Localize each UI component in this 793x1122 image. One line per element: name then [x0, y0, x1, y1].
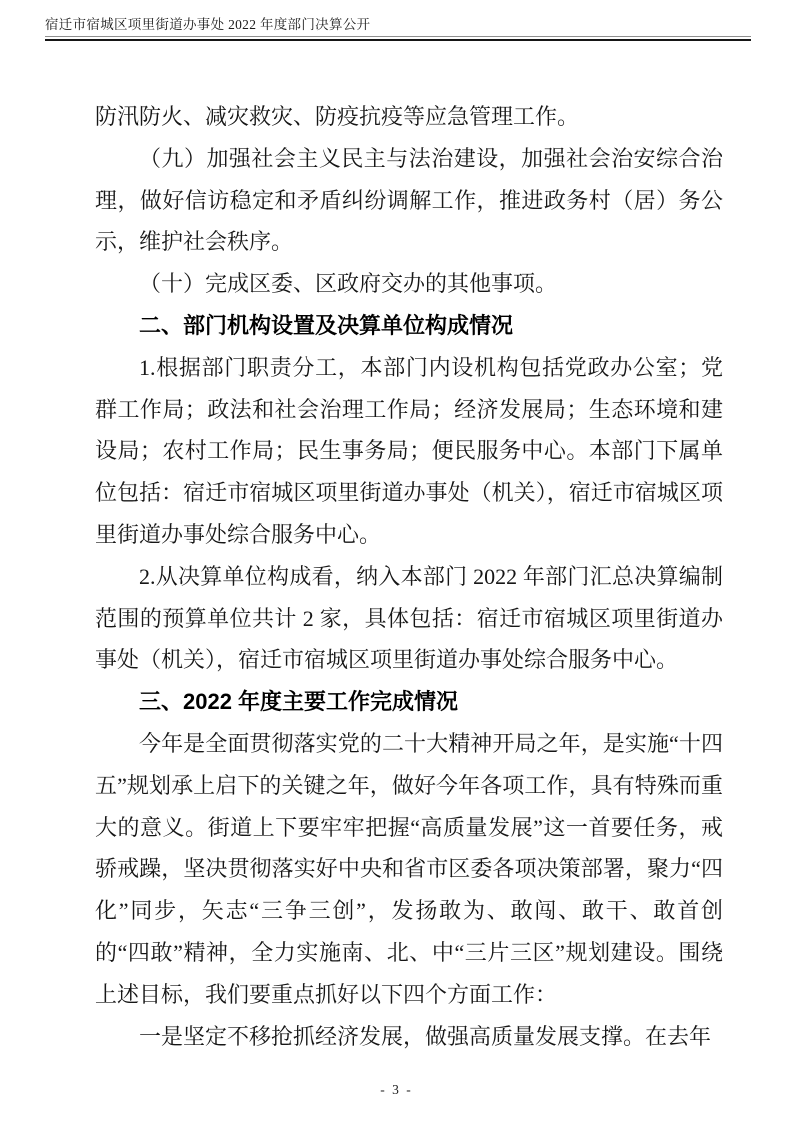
paragraph-internal-organs: 1.根据部门职责分工，本部门内设机构包括党政办公室；党群工作局；政法和社会治理工… — [95, 347, 723, 556]
header-rule-divider — [45, 36, 751, 41]
header-rule-thin-line — [45, 36, 751, 37]
header-title: 宿迁市宿城区项里街道办事处 2022 年度部门决算公开 — [45, 16, 751, 33]
paragraph-item-ten: （十）完成区委、区政府交办的其他事项。 — [95, 263, 723, 305]
document-page: 宿迁市宿城区项里街道办事处 2022 年度部门决算公开 防汛防火、减灾救灾、防疫… — [0, 0, 793, 1122]
section-heading-three: 三、2022 年度主要工作完成情况 — [95, 681, 723, 723]
page-number: - 3 - — [380, 1082, 413, 1097]
document-body: 防汛防火、减灾救灾、防疫抗疫等应急管理工作。 （九）加强社会主义民主与法治建设，… — [95, 96, 723, 1057]
paragraph-work-point-one: 一是坚定不移抢抓经济发展，做强高质量发展支撑。在去年 — [95, 1016, 723, 1058]
paragraph-work-overview: 今年是全面贯彻落实党的二十大精神开局之年，是实施“十四五”规划承上启下的关键之年… — [95, 723, 723, 1016]
page-footer: - 3 - — [0, 1081, 793, 1099]
section-heading-two: 二、部门机构设置及决算单位构成情况 — [95, 305, 723, 347]
paragraph-budget-units: 2.从决算单位构成看，纳入本部门 2022 年部门汇总决算编制范围的预算单位共计… — [95, 556, 723, 681]
paragraph-item-nine: （九）加强社会主义民主与法治建设，加强社会治安综合治理，做好信访稳定和矛盾纠纷调… — [95, 138, 723, 263]
paragraph-emergency-management-continuation: 防汛防火、减灾救灾、防疫抗疫等应急管理工作。 — [95, 96, 723, 138]
header-rule-thick-line — [45, 39, 751, 41]
page-header: 宿迁市宿城区项里街道办事处 2022 年度部门决算公开 — [45, 16, 751, 41]
